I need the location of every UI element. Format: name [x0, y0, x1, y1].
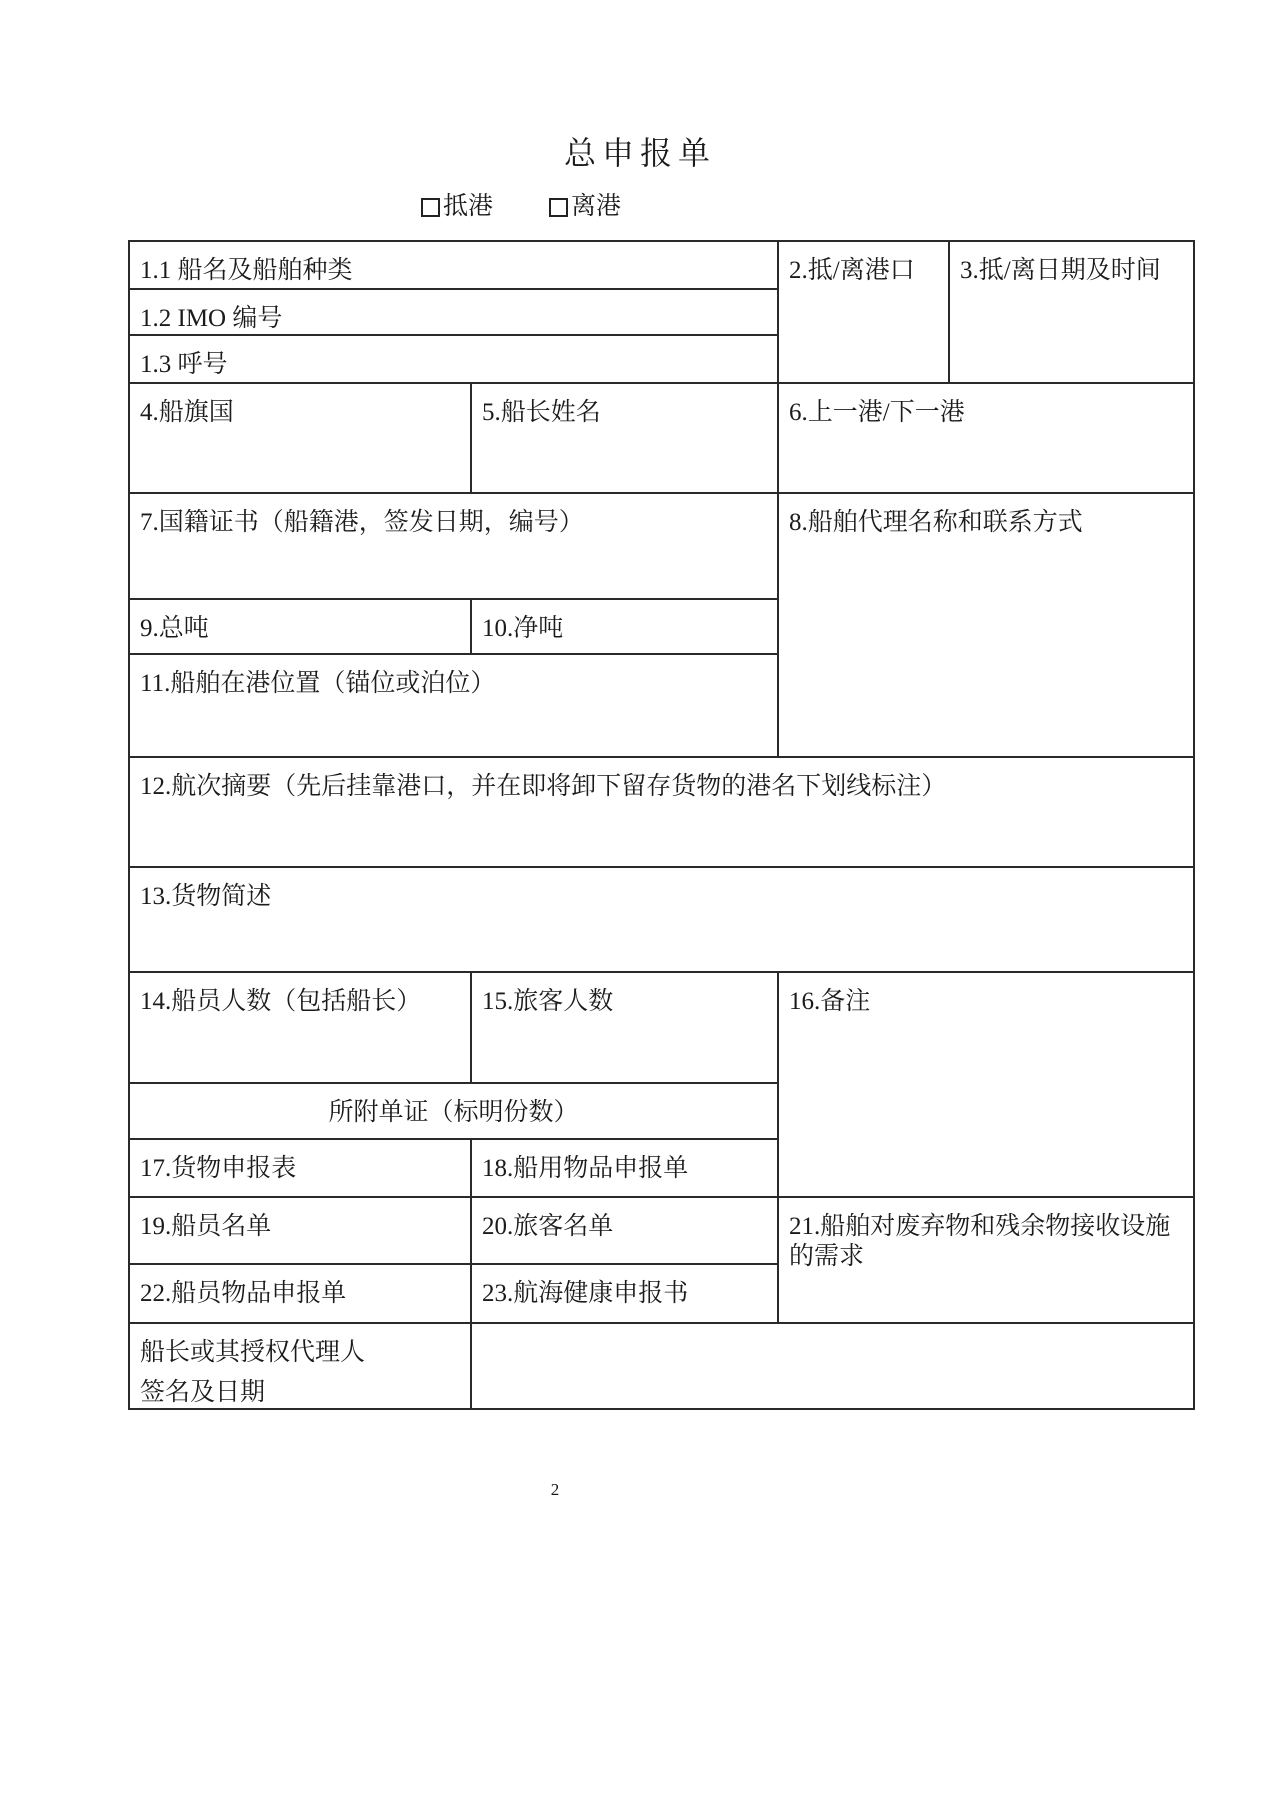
cell-ships-stores-declaration: 18.船用物品申报单	[471, 1139, 778, 1197]
cell-ships-stores-declaration-label: 18.船用物品申报单	[482, 1155, 688, 1182]
cell-call-sign-label: 1.3 呼号	[140, 351, 228, 378]
cell-gross-tonnage: 9.总吨	[129, 599, 471, 654]
cell-cargo-declaration: 17.货物申报表	[129, 1139, 471, 1197]
checkbox-departure[interactable]: 离港	[549, 192, 621, 222]
cell-ship-agent-label: 8.船舶代理名称和联系方式	[789, 509, 1083, 536]
cell-registry-certificate: 7.国籍证书（船籍港，签发日期，编号）	[129, 493, 778, 599]
cell-ship-position-in-port: 11.船舶在港位置（锚位或泊位）	[129, 654, 778, 757]
cell-remarks: 16.备注	[778, 972, 1194, 1197]
port-status-checkboxes: 抵港 离港	[421, 192, 621, 222]
cell-flag-state: 4.船旗国	[129, 383, 471, 493]
signature-label-line1: 船长或其授权代理人	[140, 1338, 460, 1368]
cell-passenger-list: 20.旅客名单	[471, 1197, 778, 1264]
signature-label-line2: 签名及日期	[140, 1378, 460, 1408]
cell-flag-state-label: 4.船旗国	[140, 399, 234, 426]
cell-last-next-port: 6.上一港/下一港	[778, 383, 1194, 493]
cell-crew-list: 19.船员名单	[129, 1197, 471, 1264]
cell-net-tonnage-label: 10.净吨	[482, 615, 563, 642]
cell-crew-effects-declaration-label: 22.船员物品申报单	[140, 1280, 346, 1307]
checkbox-arrival[interactable]: 抵港	[421, 192, 493, 222]
cell-imo-number-label: 1.2 IMO 编号	[140, 305, 282, 332]
cell-arrival-departure-datetime-label: 3.抵/离日期及时间	[960, 257, 1161, 284]
cell-last-next-port-label: 6.上一港/下一港	[789, 399, 965, 426]
page-title: 总申报单	[0, 128, 1280, 174]
cell-signature-label: 船长或其授权代理人 签名及日期	[129, 1323, 471, 1409]
cell-crew-count: 14.船员人数（包括船长）	[129, 972, 471, 1083]
cell-passenger-count: 15.旅客人数	[471, 972, 778, 1083]
cell-cargo-description: 13.货物简述	[129, 867, 1194, 972]
cell-gross-tonnage-label: 9.总吨	[140, 615, 209, 642]
cell-crew-list-label: 19.船员名单	[140, 1213, 271, 1240]
cell-maritime-health-declaration-label: 23.航海健康申报书	[482, 1280, 688, 1307]
cell-cargo-declaration-label: 17.货物申报表	[140, 1155, 296, 1182]
cell-master-name: 5.船长姓名	[471, 383, 778, 493]
cell-imo-number: 1.2 IMO 编号	[129, 289, 778, 335]
cell-arrival-departure-port: 2.抵/离港口	[778, 241, 949, 383]
cell-signature-blank	[471, 1323, 1194, 1409]
cell-ship-name-type: 1.1 船名及船舶种类	[129, 241, 778, 289]
checkbox-arrival-icon[interactable]	[421, 198, 440, 217]
general-declaration-table: 1.1 船名及船舶种类 2.抵/离港口 3.抵/离日期及时间 1.2 IMO 编…	[128, 240, 1195, 1410]
checkbox-departure-icon[interactable]	[549, 198, 568, 217]
checkbox-departure-label: 离港	[571, 192, 621, 222]
page-number: 2	[0, 1480, 1110, 1500]
cell-passenger-count-label: 15.旅客人数	[482, 988, 613, 1015]
cell-net-tonnage: 10.净吨	[471, 599, 778, 654]
cell-ship-position-in-port-label: 11.船舶在港位置（锚位或泊位）	[140, 670, 495, 697]
cell-remarks-label: 16.备注	[789, 988, 870, 1015]
cell-crew-count-label: 14.船员人数（包括船长）	[140, 988, 421, 1015]
cell-waste-reception-requirements: 21.船舶对废弃物和残余物接收设施的需求	[778, 1197, 1194, 1323]
cell-voyage-summary-label: 12.航次摘要（先后挂靠港口，并在即将卸下留存货物的港名下划线标注）	[140, 773, 946, 800]
cell-master-name-label: 5.船长姓名	[482, 399, 601, 426]
attached-documents-header-label: 所附单证（标明份数）	[329, 1099, 579, 1126]
cell-attached-documents-header: 所附单证（标明份数）	[129, 1083, 778, 1139]
cell-ship-agent: 8.船舶代理名称和联系方式	[778, 493, 1194, 757]
cell-passenger-list-label: 20.旅客名单	[482, 1213, 613, 1240]
cell-registry-certificate-label: 7.国籍证书（船籍港，签发日期，编号）	[140, 509, 584, 536]
cell-cargo-description-label: 13.货物简述	[140, 883, 271, 910]
cell-maritime-health-declaration: 23.航海健康申报书	[471, 1264, 778, 1323]
checkbox-arrival-label: 抵港	[443, 192, 493, 222]
cell-voyage-summary: 12.航次摘要（先后挂靠港口，并在即将卸下留存货物的港名下划线标注）	[129, 757, 1194, 867]
cell-crew-effects-declaration: 22.船员物品申报单	[129, 1264, 471, 1323]
cell-call-sign: 1.3 呼号	[129, 335, 778, 383]
cell-waste-reception-requirements-label: 21.船舶对废弃物和残余物接收设施的需求	[789, 1213, 1170, 1270]
cell-arrival-departure-datetime: 3.抵/离日期及时间	[949, 241, 1194, 383]
cell-ship-name-type-label: 1.1 船名及船舶种类	[140, 257, 353, 284]
document-page: 总申报单 抵港 离港 1.1 船名及船舶种类 2.抵/离港口 3.抵/离日期及时	[0, 0, 1280, 1810]
cell-arrival-departure-port-label: 2.抵/离港口	[789, 257, 915, 284]
